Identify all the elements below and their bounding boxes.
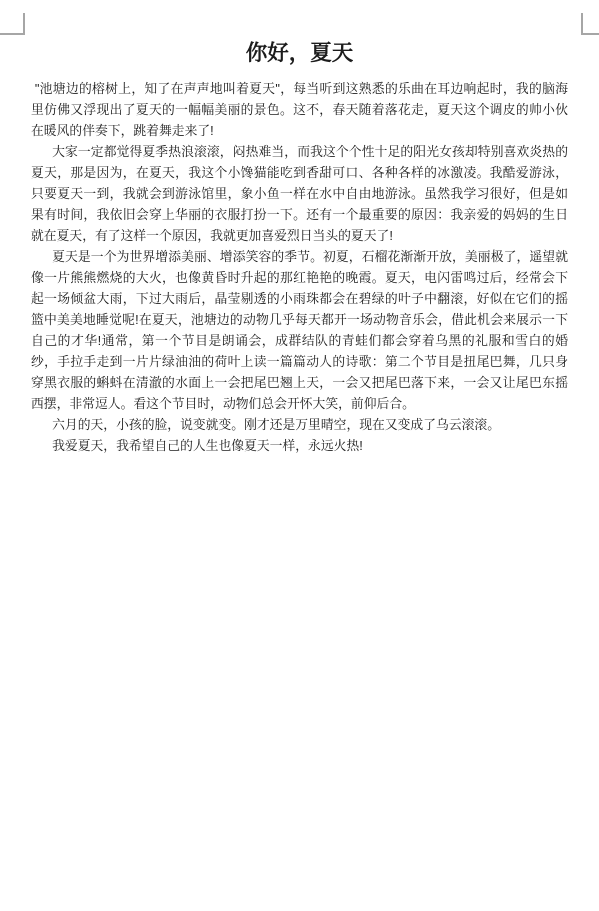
paragraph-june-weather: 六月的天，小孩的脸，说变就变。刚才还是万里晴空，现在又变成了乌云滚滚。 [31, 414, 568, 435]
document-title: 你好，夏天 [0, 0, 599, 68]
paragraph-summer-scenery: 夏天是一个为世界增添美丽、增添笑容的季节。初夏，石榴花渐渐开放，美丽极了，遥望就… [31, 246, 568, 414]
crop-mark-top-right [581, 13, 599, 35]
paragraph-intro: "池塘边的榕树上，知了在声声地叫着夏天"，每当听到这熟悉的乐曲在耳边响起时，我的… [31, 78, 568, 141]
document-page: 你好，夏天 "池塘边的榕树上，知了在声声地叫着夏天"，每当听到这熟悉的乐曲在耳边… [0, 0, 599, 911]
paragraph-closing: 我爱夏天，我希望自己的人生也像夏天一样，永远火热! [31, 435, 568, 456]
crop-mark-top-left [0, 13, 25, 35]
document-body: "池塘边的榕树上，知了在声声地叫着夏天"，每当听到这熟悉的乐曲在耳边响起时，我的… [31, 78, 568, 456]
paragraph-why-love-summer: 大家一定都觉得夏季热浪滚滚，闷热难当，而我这个个性十足的阳光女孩却特别喜欢炎热的… [31, 141, 568, 246]
